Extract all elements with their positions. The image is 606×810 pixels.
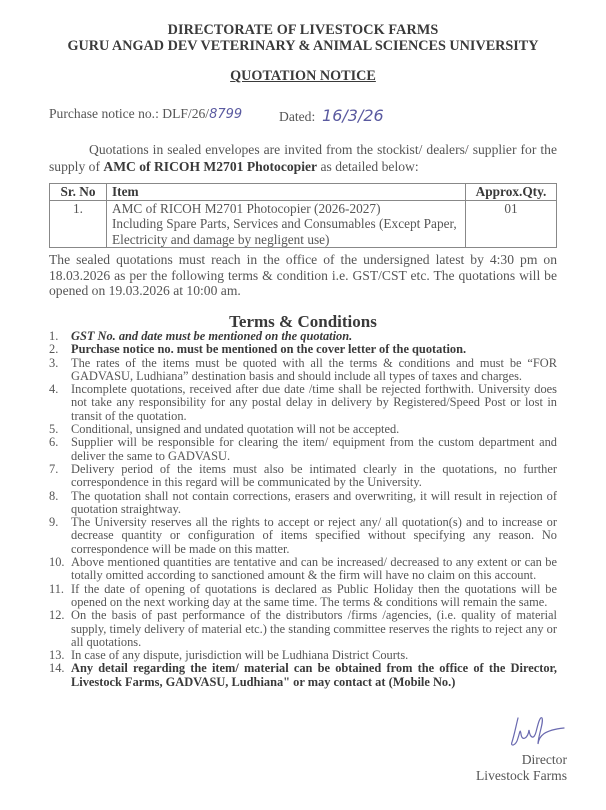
signatory-title: Director	[470, 752, 567, 768]
item-line: Including Spare Parts, Services and Cons…	[112, 216, 460, 232]
org-directorate-heading: DIRECTORATE OF LIVESTOCK FARMS	[0, 22, 606, 39]
table-header-row: Sr. No Item Approx.Qty.	[50, 184, 557, 201]
dated-label: Dated:	[279, 109, 315, 124]
term-item: 6.Supplier will be responsible for clear…	[49, 436, 557, 463]
intro-item-name: AMC of RICOH M2701 Photocopier	[103, 159, 317, 174]
term-number: 10.	[49, 556, 67, 569]
term-number: 13.	[49, 649, 67, 662]
handwritten-date: 16/3/26	[322, 106, 384, 125]
term-number: 1.	[49, 330, 67, 343]
notice-date: Dated: 16/3/26	[279, 106, 384, 125]
term-item: 11.If the date of opening of quotations …	[49, 583, 557, 610]
term-text: Above mentioned quantities are tentative…	[71, 555, 557, 582]
page-title: QUOTATION NOTICE	[0, 68, 606, 85]
term-number: 8.	[49, 490, 67, 503]
term-text: If the date of opening of quotations is …	[71, 582, 557, 609]
term-text: In case of any dispute, jurisdiction wil…	[71, 648, 408, 662]
term-text: Incomplete quotations, received after du…	[71, 382, 557, 423]
submission-paragraph: The sealed quotations must reach in the …	[49, 252, 557, 299]
term-number: 11.	[49, 583, 67, 596]
handwritten-notice-number: 8799	[209, 107, 242, 122]
term-item: 9.The University reserves all the rights…	[49, 516, 557, 556]
term-text: Supplier will be responsible for clearin…	[71, 435, 557, 462]
term-item: 8.The quotation shall not contain correc…	[49, 490, 557, 517]
term-number: 3.	[49, 357, 67, 370]
term-number: 2.	[49, 343, 67, 356]
term-number: 12.	[49, 609, 67, 622]
signatory-office: Livestock Farms	[470, 768, 567, 784]
term-text: The University reserves all the rights t…	[71, 515, 557, 556]
term-number: 9.	[49, 516, 67, 529]
purchase-notice-label: Purchase notice no.: DLF/26/	[49, 106, 209, 121]
col-sr-no: Sr. No	[50, 184, 107, 201]
term-item: 14.Any detail regarding the item/ materi…	[49, 662, 557, 689]
term-number: 5.	[49, 423, 67, 436]
term-item: 1.GST No. and date must be mentioned on …	[49, 330, 557, 343]
table-row: 1. AMC of RICOH M2701 Photocopier (2026-…	[50, 200, 557, 248]
cell-sr-no: 1.	[50, 200, 107, 248]
terms-list: 1.GST No. and date must be mentioned on …	[49, 330, 557, 689]
term-number: 4.	[49, 383, 67, 396]
intro-text-end: as detailed below:	[317, 159, 419, 174]
col-item: Item	[107, 184, 466, 201]
term-item: 3.The rates of the items must be quoted …	[49, 357, 557, 384]
term-item: 12.On the basis of past performance of t…	[49, 609, 557, 649]
cell-item: AMC of RICOH M2701 Photocopier (2026-202…	[107, 200, 466, 248]
term-item: 5.Conditional, unsigned and undated quot…	[49, 423, 557, 436]
signature-icon	[508, 712, 568, 750]
item-line: AMC of RICOH M2701 Photocopier (2026-202…	[112, 201, 460, 217]
term-text: Purchase notice no. must be mentioned on…	[71, 342, 466, 356]
item-line: Electricity and damage by negligent use)	[112, 232, 460, 248]
term-item: 10.Above mentioned quantities are tentat…	[49, 556, 557, 583]
term-text: On the basis of past performance of the …	[71, 608, 557, 649]
term-text: Conditional, unsigned and undated quotat…	[71, 422, 399, 436]
term-item: 7.Delivery period of the items must also…	[49, 463, 557, 490]
university-heading: GURU ANGAD DEV VETERINARY & ANIMAL SCIEN…	[0, 38, 606, 55]
items-table: Sr. No Item Approx.Qty. 1. AMC of RICOH …	[49, 183, 557, 248]
term-text: Delivery period of the items must also b…	[71, 462, 557, 489]
term-text: Any detail regarding the item/ material …	[71, 661, 557, 688]
term-number: 14.	[49, 662, 67, 675]
term-text: The rates of the items must be quoted wi…	[71, 356, 557, 383]
col-approx-qty: Approx.Qty.	[466, 184, 557, 201]
term-item: 2.Purchase notice no. must be mentioned …	[49, 343, 557, 356]
term-text: The quotation shall not contain correcti…	[71, 489, 557, 516]
purchase-notice-number: Purchase notice no.: DLF/26/8799	[49, 106, 242, 122]
term-number: 6.	[49, 436, 67, 449]
cell-qty: 01	[466, 200, 557, 248]
term-item: 4.Incomplete quotations, received after …	[49, 383, 557, 423]
term-item: 13.In case of any dispute, jurisdiction …	[49, 649, 557, 662]
intro-paragraph: Quotations in sealed envelopes are invit…	[49, 142, 557, 175]
term-number: 7.	[49, 463, 67, 476]
term-text: GST No. and date must be mentioned on th…	[71, 329, 352, 343]
